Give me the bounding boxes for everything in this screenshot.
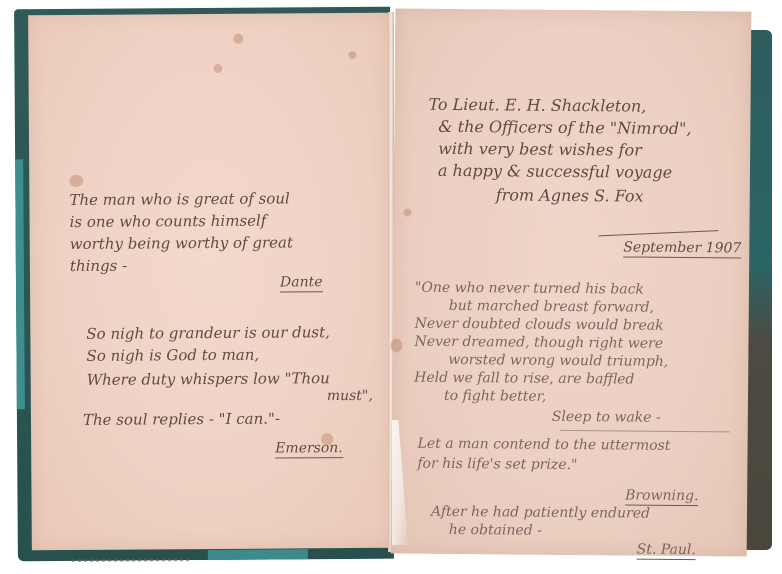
foxing-spot — [69, 175, 83, 187]
quote-line: for his life's set prize." — [417, 457, 577, 472]
attribution-browning: Browning. — [625, 488, 698, 506]
quote-line: The soul replies - "I can."- — [83, 412, 280, 428]
quote-line: "One who never turned his back — [415, 281, 644, 297]
left-page: The man who is great of soul is one who … — [28, 13, 392, 551]
dedication-line: with very best wishes for — [438, 141, 642, 159]
signature-rule — [598, 230, 718, 236]
quote-line: to fight better, — [444, 389, 546, 404]
quote-line: worsted wrong would triumph, — [448, 353, 668, 369]
dedication: To Lieut. E. H. Shackleton, & the Office… — [395, 8, 751, 11]
quote-line: So nigh is God to man, — [86, 348, 259, 364]
quote-line: The man who is great of soul — [69, 191, 290, 208]
cover-worn-edge — [15, 159, 25, 409]
cover-worn-bottom — [208, 549, 308, 560]
quote-line: things - — [70, 259, 127, 274]
foxing-spot — [404, 209, 412, 217]
quote-line: After he had patiently endured — [431, 505, 650, 521]
attribution-dante: Dante — [280, 275, 323, 292]
quote-paul: After he had patiently endured he obtain… — [395, 8, 751, 11]
printer-imprint — [72, 558, 192, 562]
dedication-line: To Lieut. E. H. Shackleton, — [428, 97, 646, 115]
dedication-signature: from Agnes S. Fox — [496, 187, 644, 204]
quote-rule — [560, 430, 730, 432]
attribution-st-paul: St. Paul. — [637, 543, 696, 561]
quote-line: Never doubted clouds would break — [415, 317, 664, 333]
foxing-spot — [233, 34, 243, 44]
quote-line: must", — [327, 389, 373, 403]
dedication-line: a happy & successful voyage — [438, 163, 672, 181]
foxing-spot — [348, 51, 356, 59]
dedication-line: & the Officers of the "Nimrod", — [438, 119, 691, 137]
quote-line: but marched breast forward, — [449, 299, 654, 315]
quote-line: Sleep to wake - — [552, 410, 661, 425]
dedication-date: September 1907 — [623, 240, 741, 258]
foxing-spot — [390, 338, 402, 352]
right-page: To Lieut. E. H. Shackleton, & the Office… — [391, 8, 752, 556]
quote-line: worthy being worthy of great — [70, 235, 293, 252]
foxing-spot — [213, 64, 222, 73]
quote-line: Where duty whispers low "Thou — [87, 371, 330, 388]
quote-browning: "One who never turned his back but march… — [395, 8, 751, 11]
quote-line: he obtained - — [449, 523, 542, 538]
attribution-emerson: Emerson. — [275, 441, 343, 458]
quote-line: Let a man contend to the uttermost — [418, 437, 671, 453]
quote-line: Held we fall to rise, are baffled — [414, 371, 634, 387]
quote-line: So nigh to grandeur is our dust, — [86, 325, 330, 342]
quote-line: is one who counts himself — [70, 214, 267, 230]
quote-line: Never dreamed, though right were — [414, 335, 663, 351]
